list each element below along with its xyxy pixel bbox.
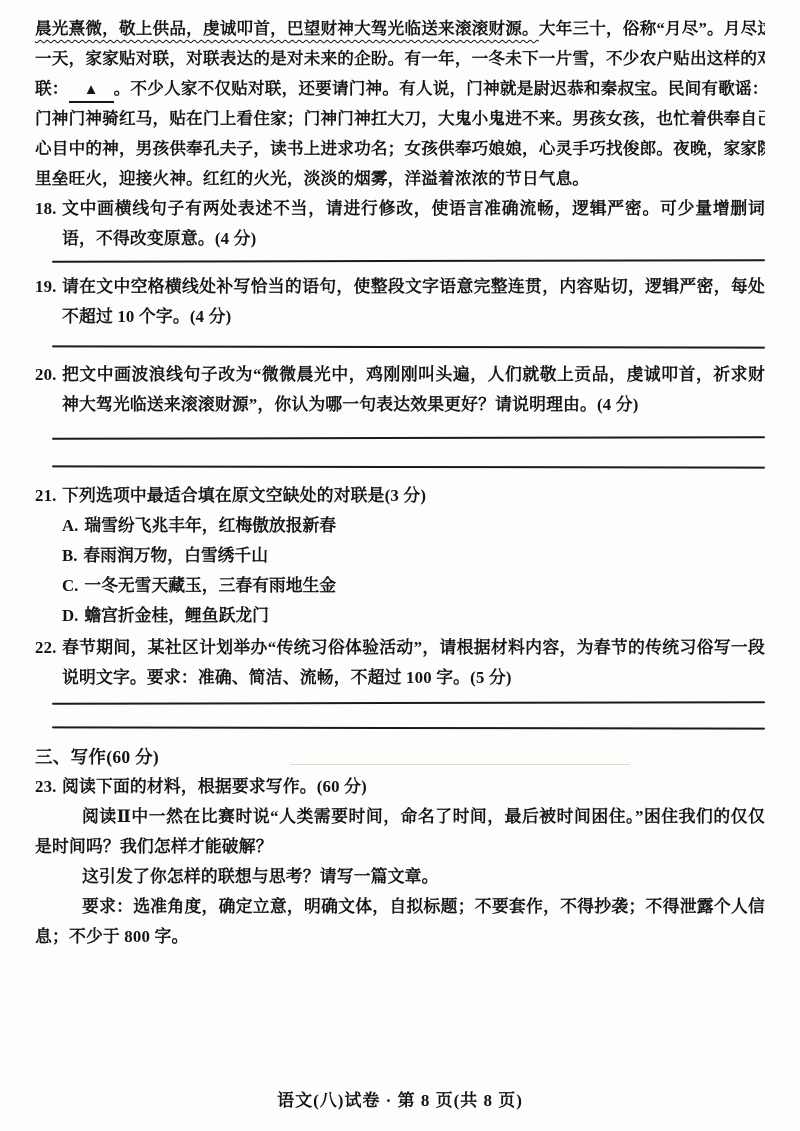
option-b-text: 春雨润万物，白雪绣千山: [83, 546, 268, 565]
passage-text: 联：: [35, 79, 69, 98]
question-21: 21. 下列选项中最适合填在原文空缺处的对联是(3 分): [35, 481, 765, 511]
answer-rule: [52, 259, 765, 262]
question-20: 20. 把文中画波浪线句子改为“微微晨光中，鸡刚刚叫头遍，人们就敬上贡品，虔诚叩…: [35, 360, 765, 420]
option-a-label: A.: [62, 516, 78, 535]
option-d-label: D.: [62, 606, 78, 625]
answer-rule: [52, 726, 765, 729]
question-21-number: 21.: [35, 481, 57, 511]
question-21-text: 下列选项中最适合填在原文空缺处的对联是(3 分): [62, 486, 426, 505]
option-a-text: 瑞雪纷飞兆丰年，红梅傲放报新春: [84, 516, 336, 535]
question-19-number: 19.: [35, 272, 57, 302]
passage-line: 门神门神骑红马，贴在门上看住家；门神门神扛大刀，大鬼小鬼进不来。男孩女孩，也忙着…: [35, 104, 765, 134]
question-18: 18. 文中画横线句子有两处表述不当，请进行修改，使语言准确流畅，逻辑严密。可少…: [35, 194, 765, 254]
question-22: 22. 春节期间，某社区计划举办“传统习俗体验活动”，请根据材料内容，为春节的传…: [35, 633, 765, 693]
answer-rule: [52, 465, 765, 468]
option-c-text: 一冬无雪天藏玉，三春有雨地生金: [84, 576, 336, 595]
question-23-text: 阅读下面的材料，根据要求写作。(60 分): [62, 777, 367, 796]
answer-rule: [52, 436, 765, 439]
page-footer: 语文(八)试卷 · 第 8 页(共 8 页): [0, 1086, 800, 1111]
question-19: 19. 请在文中空格横线处补写恰当的语句，使整段文字语意完整连贯，内容贴切，逻辑…: [35, 272, 765, 332]
passage-line: 联：▲。不少人家不仅贴对联，还要请门神。有人说，门神就是尉迟恭和秦叔宝。民间有歌…: [35, 74, 765, 104]
passage-line: 晨光熹微，敬上供品，虔诚叩首，巴望财神大驾光临送来滚滚财源。大年三十，俗称“月尽…: [35, 14, 765, 44]
fill-in-blank-marker: ▲: [69, 79, 114, 103]
question-22-text: 春节期间，某社区计划举办“传统习俗体验活动”，请根据材料内容，为春节的传统习俗写…: [62, 638, 765, 687]
page-content: 晨光熹微，敬上供品，虔诚叩首，巴望财神大驾光临送来滚滚财源。大年三十，俗称“月尽…: [0, 0, 800, 952]
question-21-options: A.瑞雪纷飞兆丰年，红梅傲放报新春 B.春雨润万物，白雪绣千山 C.一冬无雪天藏…: [35, 511, 765, 631]
passage-text: 大年三十，俗称“月尽”。月尽这: [539, 19, 765, 38]
option-b-label: B.: [62, 546, 77, 565]
passage-line: 一天，家家贴对联，对联表达的是对未来的企盼。有一年，一冬未下一片雪，不少农户贴出…: [35, 44, 765, 74]
passage-line: 里垒旺火，迎接火神。红红的火光，淡淡的烟雾，洋溢着浓浓的节日气息。: [35, 164, 765, 194]
scan-artifact-line: [290, 764, 630, 765]
wavy-underlined-sentence: 晨光熹微，敬上供品，虔诚叩首，巴望财神大驾光临送来滚滚财源。: [35, 19, 539, 38]
option-d: D.蟾宫折金桂，鲤鱼跃龙门: [35, 601, 765, 631]
question-18-text: 文中画横线句子有两处表述不当，请进行修改，使语言准确流畅，逻辑严密。可少量增删词…: [62, 199, 765, 248]
passage-line: 心目中的神，男孩供奉孔夫子，读书上进求功名；女孩供奉巧娘娘，心灵手巧找俊郎。夜晚…: [35, 134, 765, 164]
option-c-label: C.: [62, 576, 78, 595]
question-19-text: 请在文中空格横线处补写恰当的语句，使整段文字语意完整连贯，内容贴切，逻辑严密，每…: [62, 277, 765, 326]
question-23-number: 23.: [35, 772, 57, 802]
answer-rule: [52, 701, 765, 704]
question-20-text: 把文中画波浪线句子改为“微微晨光中，鸡刚刚叫头遍，人们就敬上贡品，虔诚叩首，祈求…: [62, 365, 765, 414]
essay-requirements-paragraph: 要求：选准角度，确定立意，明确文体，自拟标题；不要套作，不得抄袭；不得泄露个人信…: [35, 892, 765, 952]
section-3-title: 三、写作(60 分): [35, 742, 765, 772]
question-22-number: 22.: [35, 633, 57, 663]
essay-prompt-paragraph: 这引发了你怎样的联想与思考？请写一篇文章。: [35, 862, 765, 892]
reading-passage: 晨光熹微，敬上供品，虔诚叩首，巴望财神大驾光临送来滚滚财源。大年三十，俗称“月尽…: [35, 14, 765, 194]
answer-rule: [52, 345, 765, 348]
option-d-text: 蟾宫折金桂，鲤鱼跃龙门: [84, 606, 269, 625]
option-c: C.一冬无雪天藏玉，三春有雨地生金: [35, 571, 765, 601]
question-23: 23. 阅读下面的材料，根据要求写作。(60 分): [35, 772, 765, 802]
question-18-number: 18.: [35, 194, 57, 224]
essay-material-paragraph: 阅读Ⅱ中一然在比赛时说“人类需要时间，命名了时间，最后被时间困住。”困住我们的仅…: [35, 802, 765, 862]
option-b: B.春雨润万物，白雪绣千山: [35, 541, 765, 571]
passage-text: 。不少人家不仅贴对联，还要请门神。有人说，门神就是尉迟恭和秦叔宝。民间有歌谣：: [114, 79, 765, 98]
exam-paper-page: 晨光熹微，敬上供品，虔诚叩首，巴望财神大驾光临送来滚滚财源。大年三十，俗称“月尽…: [0, 0, 800, 1131]
triangle-blank-icon: ▲: [84, 82, 99, 98]
question-20-number: 20.: [35, 360, 57, 390]
option-a: A.瑞雪纷飞兆丰年，红梅傲放报新春: [35, 511, 765, 541]
